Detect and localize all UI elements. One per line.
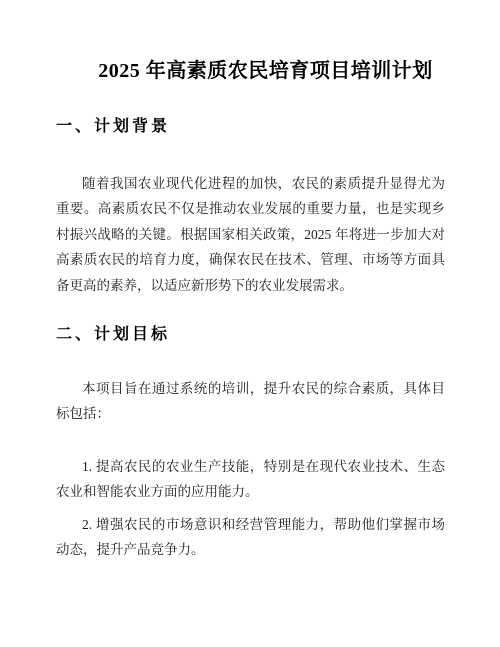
list-item-skills: 1. 提高农民的农业生产技能，特别是在现代农业技术、生态农业和智能农业方面的应用… [56, 454, 445, 505]
document-page: 2025 年高素质农民培育项目培训计划 一、计划背景 随着我国农业现代化进程的加… [0, 0, 500, 647]
section-heading-goals: 二、计划目标 [56, 325, 445, 345]
list-item-market: 2. 增强农民的市场意识和经营管理能力，帮助他们掌握市场动态，提升产品竞争力。 [56, 512, 445, 563]
paragraph-goals-intro: 本项目旨在通过系统的培训，提升农民的综合素质，具体目标包括： [56, 376, 445, 427]
document-title: 2025 年高素质农民培育项目培训计划 [56, 58, 445, 84]
paragraph-background: 随着我国农业现代化进程的加快，农民的素质提升显得尤为重要。高素质农民不仅是推动农… [56, 171, 445, 298]
section-heading-background: 一、计划背景 [56, 117, 445, 137]
